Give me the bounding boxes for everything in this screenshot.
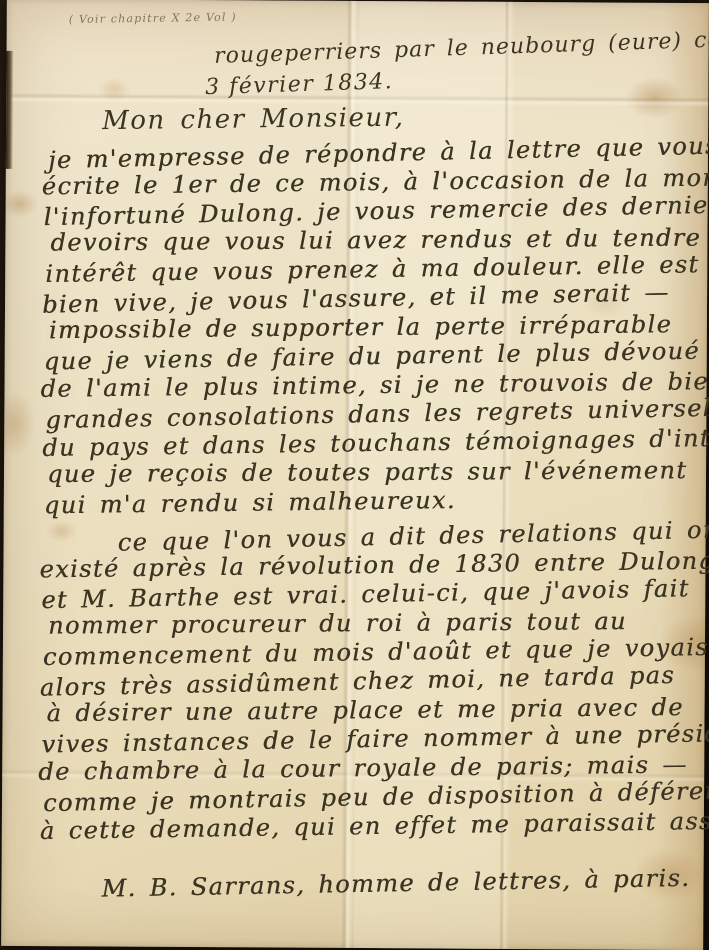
dateline: rougeperriers par le neubourg (eure) ce … — [214, 28, 709, 100]
salutation: Mon cher Monsieur, — [102, 103, 405, 136]
letter-page: ( Voir chapitre X 2e Vol ) rougeperriers… — [1, 0, 709, 950]
photo-background: ( Voir chapitre X 2e Vol ) rougeperriers… — [0, 0, 709, 950]
letter-body: je m'empresse de répondre à la lettre qu… — [38, 137, 702, 849]
archivist-note: ( Voir chapitre X 2e Vol ) — [69, 11, 237, 26]
paragraph: ce que l'on vous a dit des relations qui… — [38, 520, 700, 843]
paragraph: je m'empresse de répondre à la lettre qu… — [40, 137, 702, 518]
address-line: M. B. Sarrans, homme de lettres, à paris… — [101, 864, 690, 903]
page-edge-shadow — [6, 51, 14, 169]
